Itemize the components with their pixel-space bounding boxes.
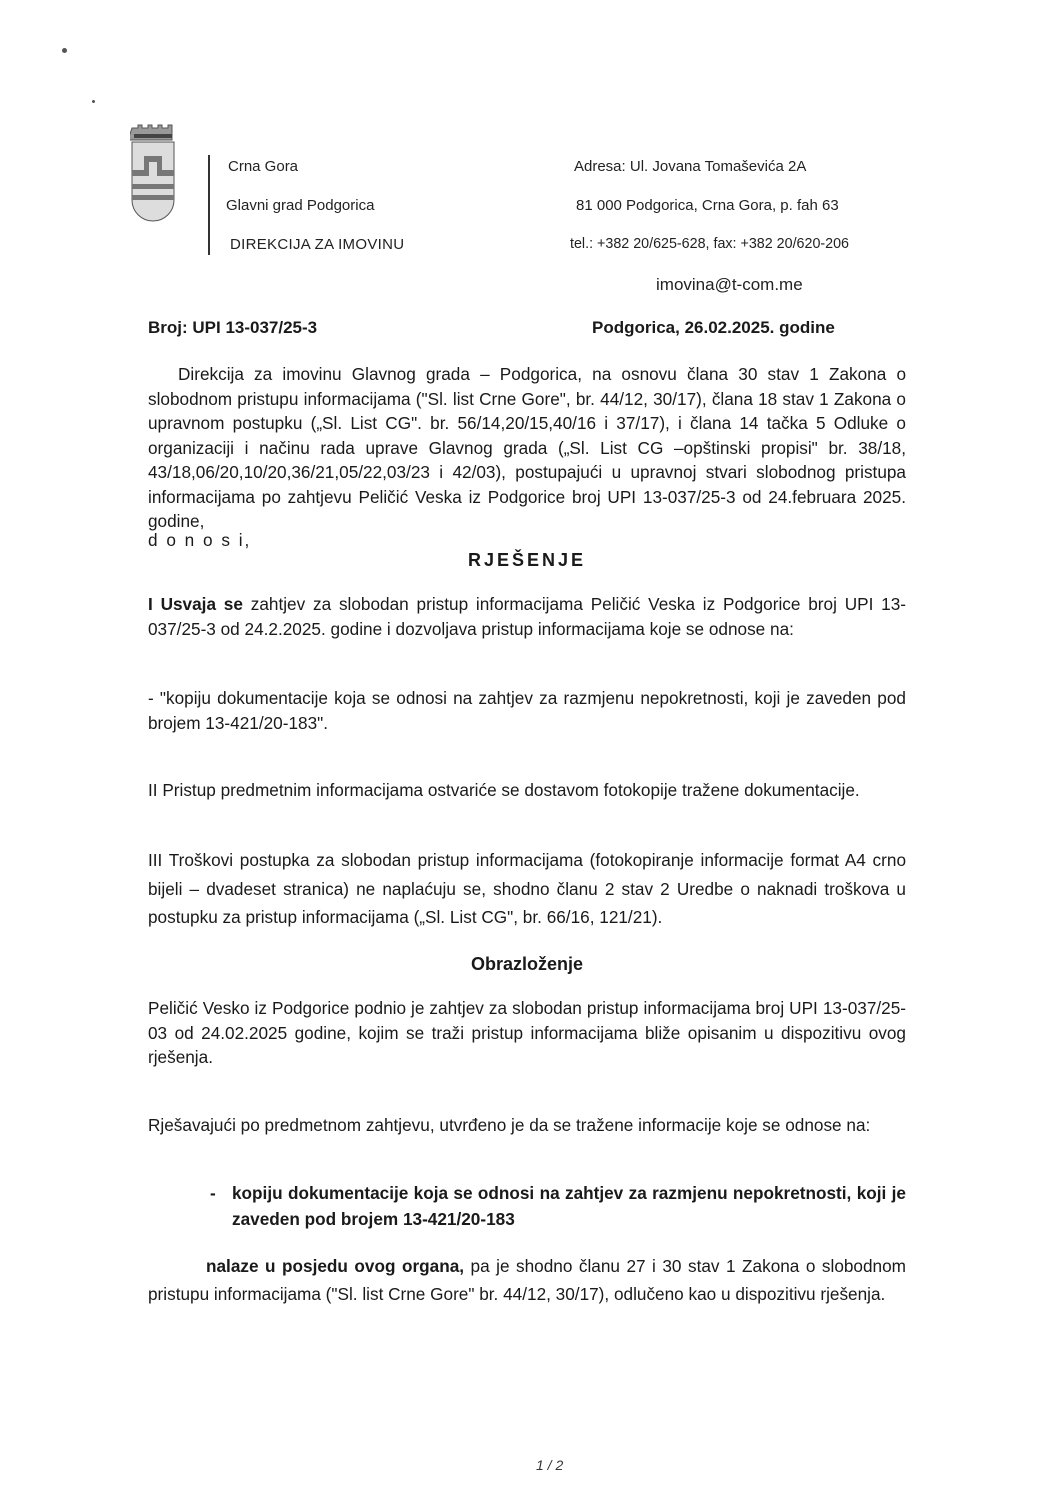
decision-item-1-lead: I Usvaja se (148, 594, 243, 614)
decision-item-2: II Pristup predmetnim informacijama ostv… (148, 774, 906, 806)
scan-speck (62, 48, 67, 53)
donosi-text: d o n o s i, (148, 528, 906, 553)
page-number: 1 / 2 (536, 1457, 563, 1473)
address-line: Adresa: Ul. Jovana Tomaševića 2A (574, 158, 806, 175)
decision-item-3: III Troškovi postupka za slobodan pristu… (148, 846, 906, 932)
directorate-name: DIREKCIJA ZA IMOVINU (230, 236, 404, 253)
decision-item-1-quote: - "kopiju dokumentacije koja se odnosi n… (148, 686, 906, 735)
place-and-date: Podgorica, 26.02.2025. godine (592, 318, 835, 338)
reasoning-title: Obrazloženje (148, 954, 906, 975)
letterhead-divider (208, 155, 210, 255)
reasoning-paragraph-3: nalaze u posjedu ovog organa, pa je shod… (148, 1252, 906, 1308)
decision-title: RJEŠENJE (148, 550, 906, 571)
phone-fax-line: tel.: +382 20/625-628, fax: +382 20/620-… (570, 236, 849, 252)
decision-item-1-text: zahtjev za slobodan pristup informacijam… (148, 594, 906, 639)
case-number: Broj: UPI 13-037/25-3 (148, 318, 317, 338)
country-name: Crna Gora (228, 158, 298, 175)
reasoning-bullet-text: kopiju dokumentacije koja se odnosi na z… (232, 1183, 906, 1229)
decision-item-1: I Usvaja se zahtjev za slobodan pristup … (148, 592, 906, 641)
intro-text: Direkcija za imovinu Glavnog grada – Pod… (148, 364, 906, 531)
city-name: Glavni grad Podgorica (226, 197, 374, 214)
intro-paragraph: Direkcija za imovinu Glavnog grada – Pod… (148, 362, 906, 534)
city-line: 81 000 Podgorica, Crna Gora, p. fah 63 (576, 197, 839, 214)
podgorica-coat-of-arms-icon (130, 124, 176, 236)
scan-speck (92, 100, 95, 103)
email-line[interactable]: imovina@t-com.me (656, 275, 803, 295)
reasoning-paragraph-3-lead: nalaze u posjedu ovog organa, (206, 1256, 464, 1276)
reasoning-bullet: - kopiju dokumentacije koja se odnosi na… (232, 1180, 906, 1232)
bullet-dash: - (210, 1180, 216, 1206)
reasoning-paragraph-1: Peličić Vesko iz Podgorice podnio je zah… (148, 996, 906, 1070)
reasoning-paragraph-2: Rješavajući po predmetnom zahtjevu, utvr… (148, 1110, 906, 1140)
